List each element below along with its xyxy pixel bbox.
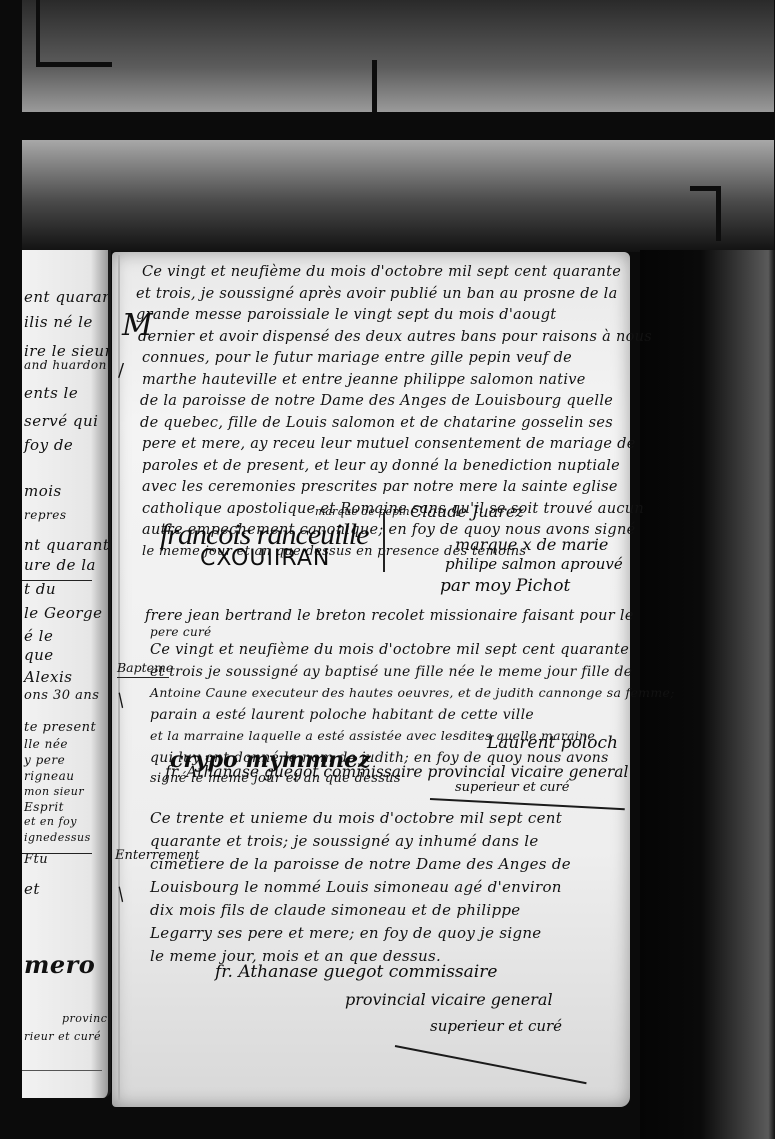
text-line: Antoine Caune executeur des hautes oeuvr… [150,683,630,705]
signature-mark-line: marque de pepin [315,505,410,518]
left-fragment-text: nt quarant [24,536,109,554]
text-line: avec les ceremonies prescrites par notre… [142,477,622,499]
left-fragment-text: rigneau [24,769,74,783]
text-line: de quebec, fille de Louis salomon et de … [140,413,622,435]
left-fragment-text: mon sieur [24,785,84,798]
left-fragment-text: ons 30 ans [24,688,99,703]
background-board-top [22,0,774,112]
text-line: pere et mere, ay receu leur mutuel conse… [142,434,622,456]
left-fragment-text: le George [24,604,102,622]
rule-line [22,853,92,854]
cross-mark [383,512,385,572]
left-fragment-text: repres [24,508,67,522]
text-line: dix mois fils de claude simoneau et de p… [150,900,630,923]
text-line: marthe hauteville et entre jeanne philip… [142,370,622,392]
left-fragment-text: ignedessus [24,831,91,844]
text-line: paroles et de present, et leur ay donné … [142,456,622,478]
left-fragment-text: é le [24,627,53,645]
left-fragment-text: ents le [24,384,78,402]
left-fragment-text: and huardon [24,358,107,372]
left-fragment-text: Alexis [24,668,72,686]
text-line: dernier et avoir dispensé des deux autre… [138,327,622,349]
signature-officiant-title: superieur et curé [455,780,569,795]
rule-line [22,1070,102,1071]
left-fragment-signature: mero [24,950,95,979]
text-line: quarante et trois; je soussigné ay inhum… [150,831,630,854]
text-line: cimetiere de la paroisse de notre Dame d… [150,854,630,877]
left-fragment-text: et en foy [24,815,77,828]
left-fragment-text: Esprit [24,800,64,814]
rule-line [22,580,92,581]
clamp-bar [36,0,40,66]
signature-caps: CXOUIIRAN [200,546,330,571]
text-line: parain a esté laurent poloche habitant d… [150,705,630,727]
left-fragment-text: y pere [24,753,65,767]
text-line: et trois, je soussigné après avoir publi… [136,284,622,306]
margin-tick: / [118,360,124,381]
signature-officiant: fr. Athanase guegot commissaire provinci… [165,763,629,781]
left-fragment-text: foy de [24,436,73,454]
signature-witness: Claude Juarez [410,502,524,521]
left-fragment-text: t du [24,580,56,598]
signature-priest: par moy Pichot [440,576,570,596]
left-page-fragment: ent quarante ilis né le ire le sieur and… [22,250,111,1098]
text-line: Ce vingt et neufième du mois d'octobre m… [142,262,622,284]
left-fragment-text: Ftu [24,852,48,867]
seam [372,60,377,112]
clamp-bar [716,186,721,241]
officiant-note: frere jean bertrand le breton recolet mi… [145,606,625,643]
left-fragment-text: servé qui [24,412,98,430]
text-line: et trois je soussigné ay baptisé une fil… [150,662,630,684]
text-line: frere jean bertrand le breton recolet mi… [145,606,625,628]
left-fragment-text: provinc [62,1012,107,1025]
clamp-bar [36,62,112,67]
text-line: Ce trente et unieme du mois d'octobre mi… [150,808,630,831]
left-fragment-text: lle née [24,737,68,751]
text-line: grande messe paroissiale le vingt sept d… [136,305,622,327]
text-line: Louisbourg le nommé Louis simoneau agé d… [150,877,630,900]
background-board-middle [22,140,774,252]
signature-mark-note: philipe salmon aprouvé [445,555,623,573]
entry-burial-text: Ce trente et unieme du mois d'octobre mi… [150,808,630,969]
left-fragment-text: ent quarante [24,288,111,306]
signature-mark-note: marque x de marie [455,535,608,554]
text-line: connues, pour le futur mariage entre gil… [142,348,622,370]
text-line: Legarry ses pere et mere; en foy de quoy… [150,923,630,946]
signature-godfather: Laurent poloch [487,733,618,753]
text-line: de la paroisse de notre Dame des Anges d… [140,391,622,413]
left-fragment-text: que [24,646,54,664]
signature-officiant-title: superieur et curé [430,1017,562,1035]
signature-officiant: fr. Athanase guegot commissaire [215,962,497,982]
text-line: Ce vingt et neufième du mois d'octobre m… [150,640,630,662]
signature-officiant-title: provincial vicaire general [345,990,553,1009]
left-fragment-text: ure de la [24,556,96,574]
left-fragment-text: et [24,880,40,898]
left-fragment-text: ilis né le [24,313,93,331]
left-fragment-text: rieur et curé [24,1030,101,1043]
left-fragment-text: mois [24,482,62,500]
left-fragment-text: te present [24,720,96,735]
